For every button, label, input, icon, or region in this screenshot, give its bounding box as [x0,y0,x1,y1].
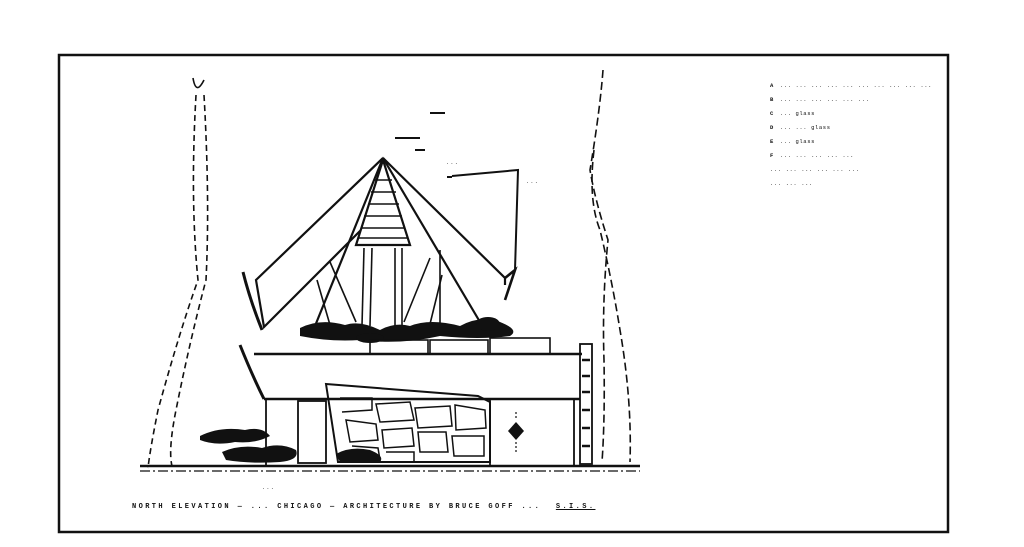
legend-item-f: F... ... ... ... ... [770,152,940,159]
legend-item-c: C... glass [770,110,940,117]
legend-item-a: A... ... ... ... ... ... ... ... ... ... [770,82,940,89]
legend-item-d: D... ... glass [770,124,940,131]
brick-column [580,344,592,464]
roof-note: ... [446,159,459,166]
roof-foliage [300,317,513,343]
legend: A... ... ... ... ... ... ... ... ... ...… [770,82,940,194]
drawing-caption: NORTH ELEVATION — ... CHICAGO — ARCHITEC… [132,503,595,511]
ground-line [140,466,640,471]
planters [370,338,550,354]
left-tree [148,78,208,468]
legend-item-e: E... glass [770,138,940,145]
lower-walls [266,384,574,466]
ground-note: ... [262,484,275,491]
scale-note: S.I.S. [556,503,596,511]
legend-item-b: B... ... ... ... ... ... [770,96,940,103]
legend-footer-2: ... ... ... [770,180,940,187]
roof-note-2: ... [526,178,539,185]
top-marks [395,113,452,177]
roof [243,158,518,330]
diamond-ornament [508,412,524,452]
caption-text: NORTH ELEVATION — ... CHICAGO — ARCHITEC… [132,503,541,511]
legend-footer-1: ... ... ... ... ... ... [770,166,940,173]
right-tree [590,70,630,462]
